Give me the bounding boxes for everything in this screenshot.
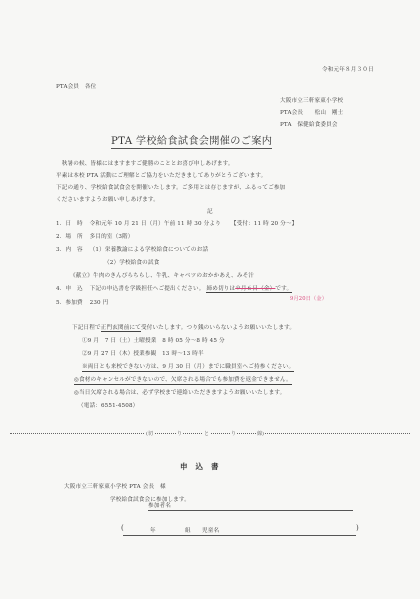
deadline-old: ９月６日（金）: [235, 286, 275, 292]
fee-slot-2: ②9 月 27 日（木）授業参観 13 時～13 時半: [82, 351, 204, 358]
phone-number: （電話：6551-4508）: [78, 403, 138, 410]
document-date: 令和元年８月３０日: [322, 67, 374, 74]
fee-note-contact: ◎当日欠席される場合は、必ず学校まで連絡いただきますようお願いいたします。: [74, 390, 285, 397]
intro-line-4: くださいますようお願い申しあげます。: [56, 197, 159, 204]
year-label: 年: [150, 528, 156, 535]
participant-name-field[interactable]: [148, 510, 353, 511]
sender-president: PTA会長 松山 剛士: [280, 110, 343, 117]
intro-line-2: 平素は本校 PTA 活動にご理解とご協力をいただきましてありがとうございます。: [56, 173, 266, 180]
item-apply: 4．申 込 下記の申込書を学級担任へご提出ください。 締め切りは９月６日（金）で…: [56, 286, 292, 293]
content-2: （2）学校給食の試食: [104, 260, 159, 267]
item-content: 3．内 容 （1）栄養教諭による学校給食についてのお話: [56, 247, 208, 254]
cut-label-4: り: [230, 430, 237, 437]
deadline: 締め切りは９月６日（金）です。: [206, 286, 292, 293]
intro-line-1: 秋暑の候、皆様にはますますご健勝のこととお喜び申しあげます。: [56, 161, 234, 168]
deadline-prefix: 締め切りは: [206, 286, 235, 292]
date-label: 1．日 時: [56, 221, 83, 227]
fee-note-prefix: 下記日程で: [72, 325, 101, 331]
cut-label-2: り: [176, 430, 183, 437]
child-info-field[interactable]: [123, 535, 356, 536]
fee-label: 5．参加費: [56, 300, 83, 306]
class-close-paren: ): [356, 525, 359, 532]
date-value: 令和元年 10 月 21 日（月）午前 11 時 30 分より: [90, 221, 221, 227]
fee-note-no-refund: ◎食材のキャンセルができないので、欠席される場合でも参加費を返金できません。: [74, 377, 292, 385]
content-label: 3．内 容: [56, 247, 83, 253]
fee-value: 230 円: [90, 300, 109, 306]
cut-label-3: と: [203, 430, 210, 437]
child-name-label: 児童名: [202, 528, 219, 535]
ki-heading: 記: [207, 209, 213, 216]
fee-note-suffix: 受付いたします。つり銭のいらないようお願いいたします。: [141, 325, 295, 331]
form-to: 大阪市立三軒家東小学校 PTA 会長 様: [64, 484, 166, 491]
participant-label: 参加者名: [148, 503, 171, 510]
reception-time: 【受付：11 時 20 分～】: [231, 221, 298, 227]
place-label: 2．場 所: [56, 234, 83, 240]
intro-line-3: 下記の通り、学校給食試食会を開催いたします。ご多用とは存じますが、ふるってご参加: [56, 185, 285, 192]
item-place: 2．場 所 多目的室（3階）: [56, 234, 134, 241]
fee-note-line-1: 下記日程で正門玄関前にて受付いたします。つり銭のいらないようお願いいたします。: [72, 325, 295, 332]
page-title: PTA 学校給食試食会開催のご案内: [111, 135, 272, 149]
item-fee: 5．参加費 230 円: [56, 300, 108, 307]
sender-school: 大阪市立三軒家東小学校: [280, 98, 343, 105]
apply-text: 下記の申込書を学級担任へご提出ください。: [90, 286, 205, 292]
deadline-suffix: です。: [275, 286, 292, 292]
deadline-new-handwritten: 9月20日（金）: [290, 296, 327, 303]
addressee: PTA会員 各位: [56, 84, 96, 91]
cut-label-5: 線): [256, 430, 265, 437]
sender-committee: PTA 保健給食委員会: [280, 122, 338, 129]
fee-slot-1: ①9 月 7 日（土）土曜授業 8 時 05 分～8 時 45 分: [82, 338, 225, 345]
item-date: 1．日 時 令和元年 10 月 21 日（月）午前 11 時 30 分より 【受…: [56, 221, 297, 228]
place-value: 多目的室（3階）: [90, 234, 134, 240]
fee-note-absent: ※両日とも来校できない方は、9 月 30 日（月）までに職員室へご持参ください。: [82, 364, 294, 372]
form-title: 申込書: [180, 461, 227, 472]
menu: 《献立》牛肉のきんぴらちらし、牛乳、キャベツのおかかあえ、みそ汁: [70, 273, 254, 280]
fee-note-location: 正門玄関前にて: [101, 325, 141, 332]
content-1: （1）栄養教諭による学校給食についてのお話: [90, 247, 208, 253]
apply-label: 4．申 込: [56, 286, 83, 292]
class-label: 組: [185, 528, 191, 535]
cut-label-1: (切: [145, 430, 154, 437]
class-open-paren: (: [121, 525, 124, 532]
